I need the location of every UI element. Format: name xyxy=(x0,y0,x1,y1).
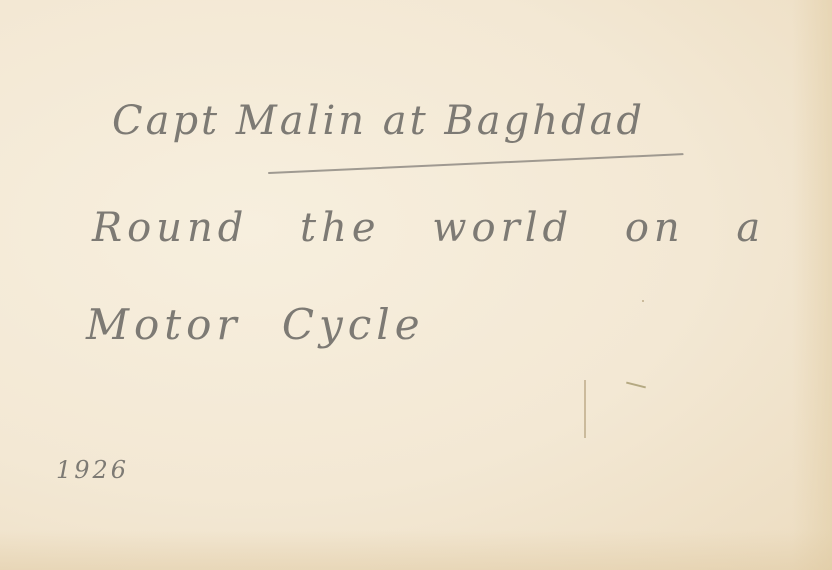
note-line-title: Capt Malin at Baghdad xyxy=(112,98,645,144)
paper-edge-shading xyxy=(792,0,832,570)
paper-blemish xyxy=(642,300,644,302)
title-underline xyxy=(268,153,684,174)
note-year: 1926 xyxy=(56,456,129,484)
paper-blemish xyxy=(626,382,646,389)
note-line-3: Motor Cycle xyxy=(86,300,425,349)
paper-edge-shading xyxy=(0,530,832,570)
note-line-2: Round the world on a xyxy=(92,205,765,251)
handwritten-card: Capt Malin at Baghdad Round the world on… xyxy=(0,0,832,570)
paper-blemish xyxy=(584,380,586,438)
